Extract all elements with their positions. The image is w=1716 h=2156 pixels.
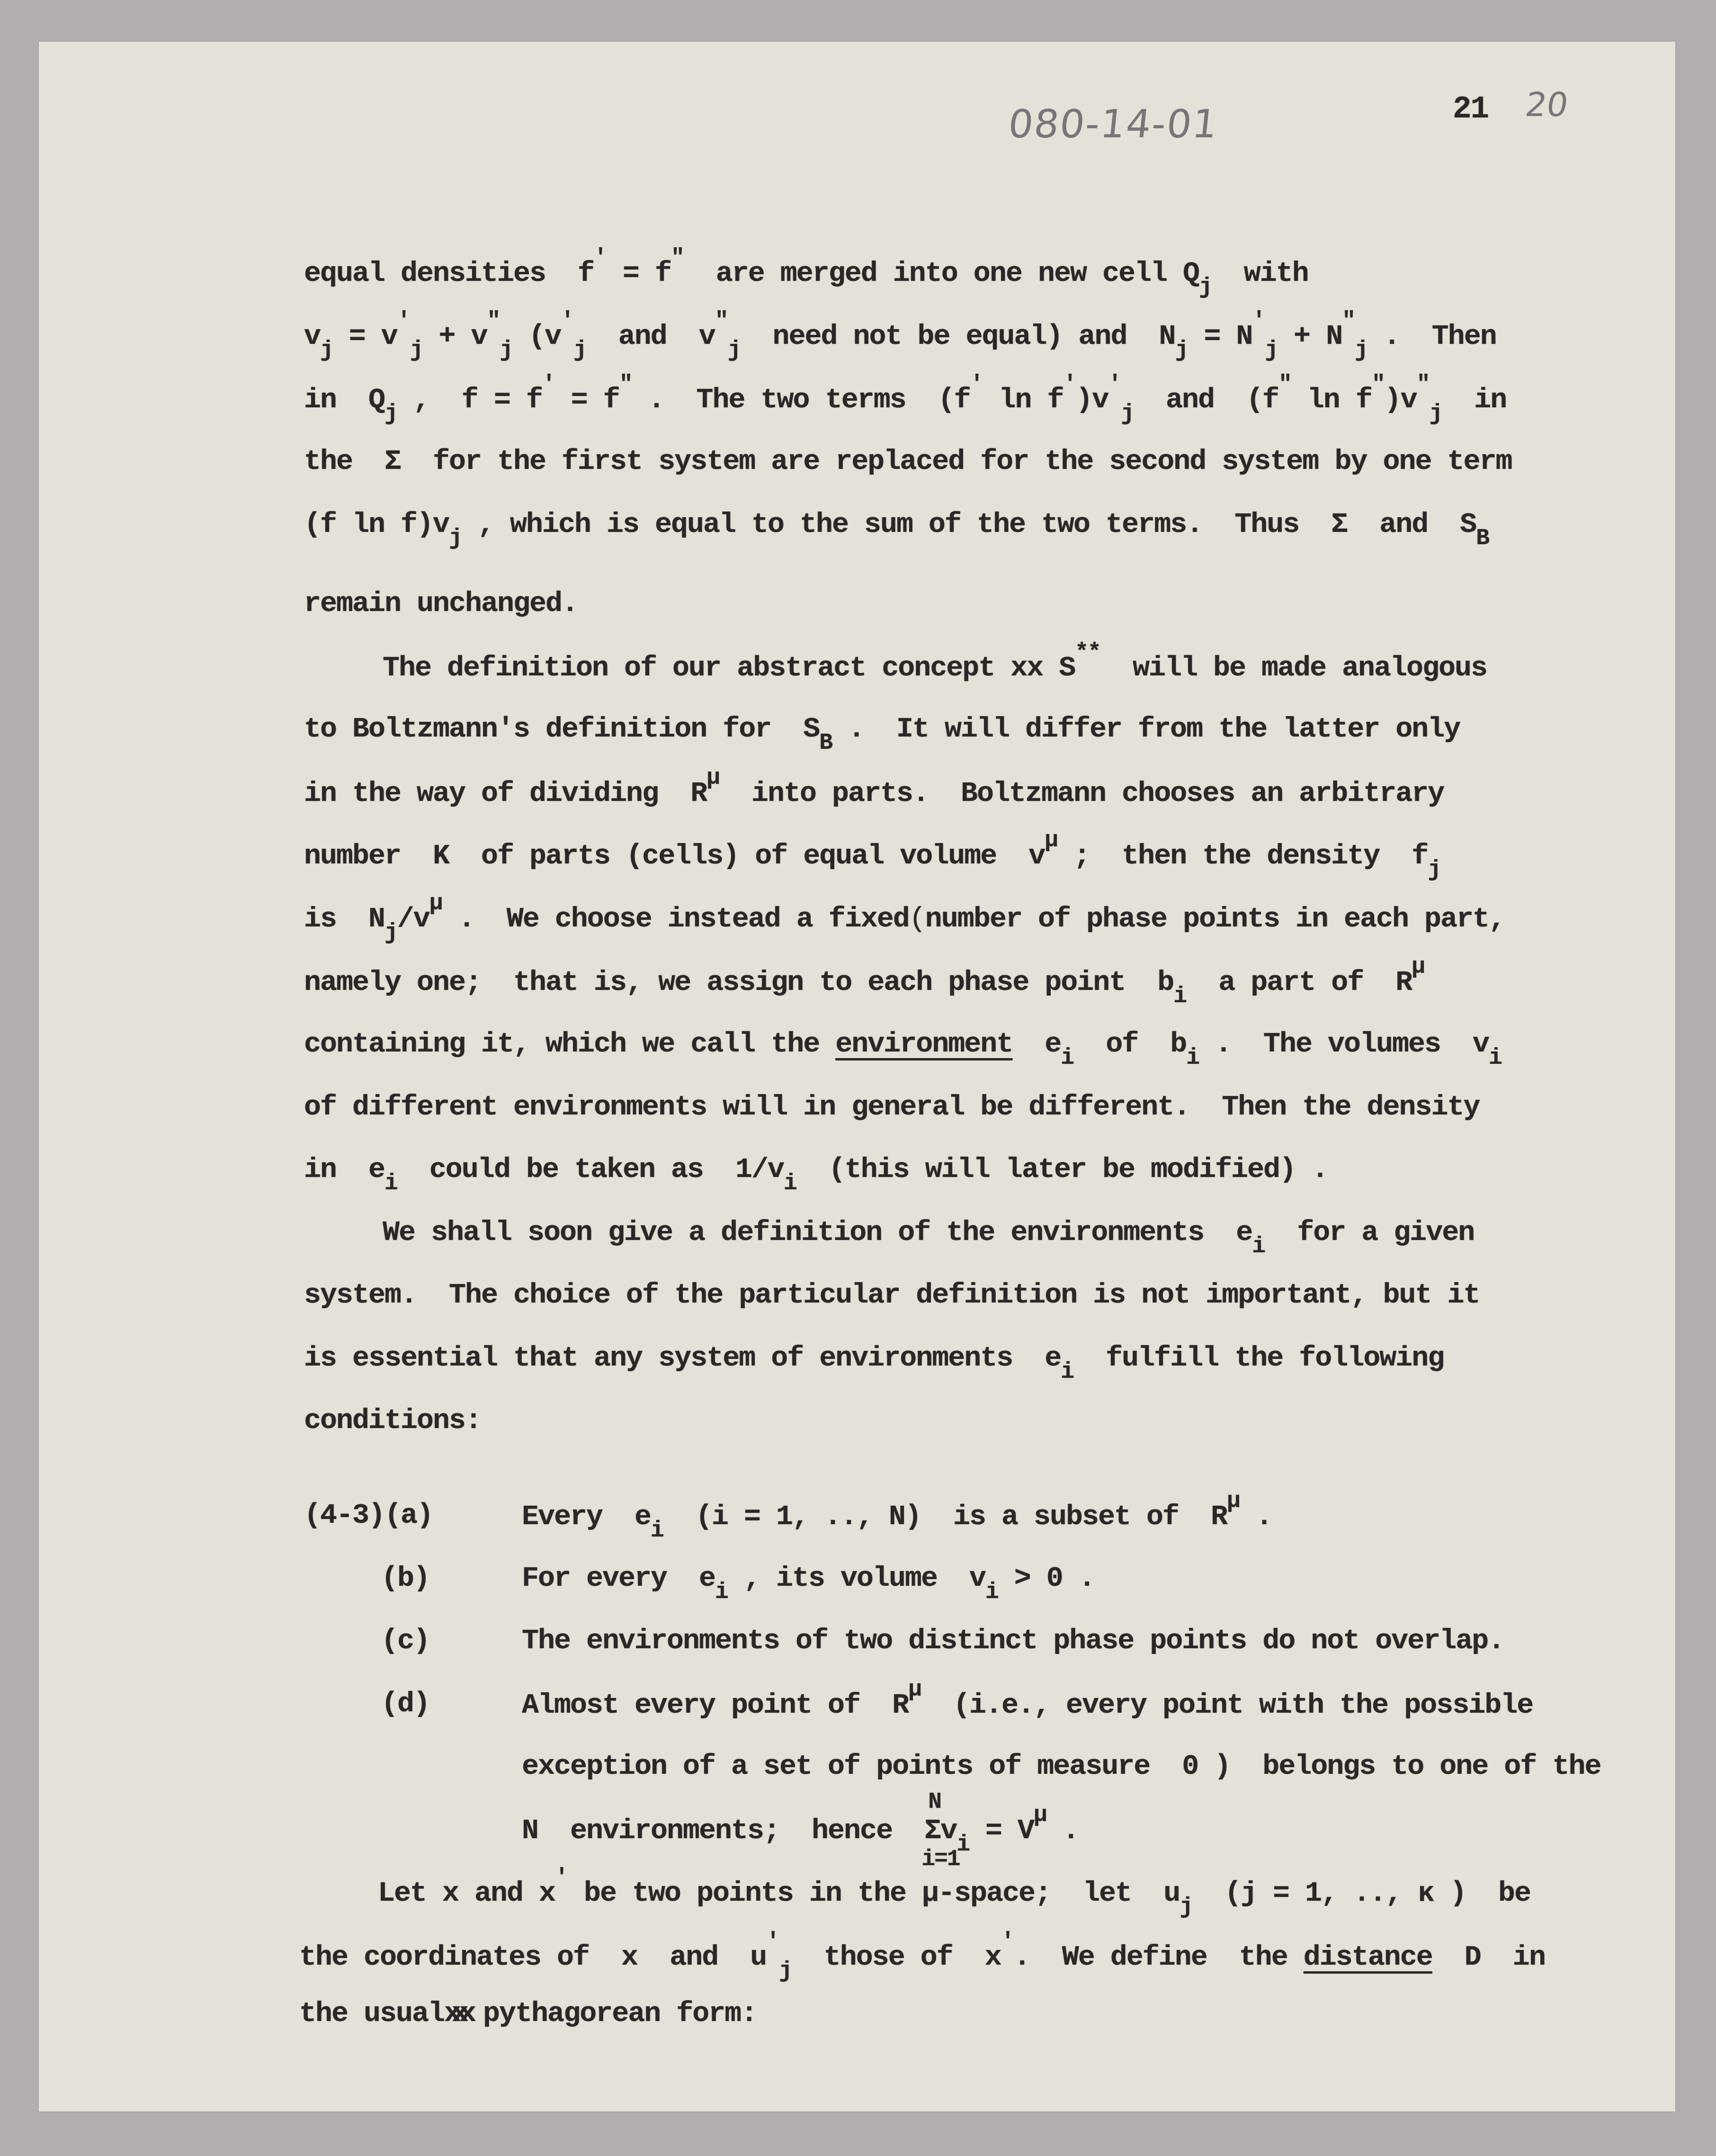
text-line-13: containing it, which we call the environ… xyxy=(304,1030,1501,1059)
condition-d-line-3: N environments; hence ΣNi=1vi = Vμ . xyxy=(522,1815,1079,1845)
summation-sign: ΣNi=1 xyxy=(924,1817,940,1845)
struck-out-text: xxx xyxy=(444,1998,467,2030)
text-line-4: the Σ for the first system are replaced … xyxy=(304,448,1511,476)
text-line-11: is Nj/vμ . We choose instead a fixed(num… xyxy=(304,904,1505,934)
condition-label-4-3-a: (4-3)(a) xyxy=(304,1501,433,1530)
condition-d-line-1: Almost every point of Rμ (i.e., every po… xyxy=(522,1690,1533,1720)
archive-id-handwritten: 080-14-01 xyxy=(1006,102,1220,147)
text-line-3: in Qj , f = f' = f" . The two terms (f' … xyxy=(304,385,1506,414)
text-line-17: system. The choice of the particular def… xyxy=(304,1281,1479,1310)
text-line-22: the usualxxx pythagorean form: xyxy=(299,2000,757,2028)
underlined-term-distance: distance xyxy=(1304,1941,1432,1974)
text-line-6: remain unchanged. xyxy=(304,590,578,618)
text-line-16: We shall soon give a definition of the e… xyxy=(383,1219,1474,1247)
text-line-18: is essential that any system of environm… xyxy=(304,1344,1444,1373)
text-line-14: of different environments will in genera… xyxy=(304,1093,1479,1122)
condition-a: Every ei (i = 1, .., N) is a subset of R… xyxy=(522,1501,1272,1531)
condition-c: The environments of two distinct phase p… xyxy=(522,1627,1504,1655)
text-line-15: in ei could be taken as 1/vi (this will … xyxy=(304,1156,1328,1184)
condition-label-c: (c) xyxy=(381,1627,429,1655)
typed-page-number: 21 xyxy=(1453,94,1488,125)
text-line-2: vj = v'j + v"j (v'j and v"j need not be … xyxy=(304,321,1496,351)
text-line-10: number K of parts (cells) of equal volum… xyxy=(304,841,1440,871)
text-line-21: the coordinates of x and u'j those of x'… xyxy=(299,1942,1545,1972)
text-line-9: in the way of dividing Rμ into parts. Bo… xyxy=(304,778,1444,808)
condition-b: For every ei , its volume vi > 0 . xyxy=(522,1564,1095,1593)
text-line-8: to Boltzmann's definition for SB . It wi… xyxy=(304,715,1460,744)
text-line-19: conditions: xyxy=(304,1407,481,1435)
condition-label-b: (b) xyxy=(381,1564,429,1593)
text-line-5: (f ln f)vj , which is equal to the sum o… xyxy=(304,511,1489,539)
underlined-term-environment: environment xyxy=(835,1028,1012,1060)
handwritten-page-number: 20 xyxy=(1523,85,1571,124)
condition-label-d: (d) xyxy=(381,1690,429,1718)
text-line-1: equal densities f' = f" are merged into … xyxy=(304,258,1308,288)
text-line-7: The definition of our abstract concept x… xyxy=(383,653,1487,683)
condition-d-line-2: exception of a set of points of measure … xyxy=(522,1752,1600,1781)
struck-out-text: xx xyxy=(1010,652,1043,684)
insertion-caret-icon: ( xyxy=(909,903,925,935)
text-line-20: Let x and x' be two points in the μ-spac… xyxy=(378,1878,1530,1908)
text-line-12: namely one; that is, we assign to each p… xyxy=(304,967,1424,997)
